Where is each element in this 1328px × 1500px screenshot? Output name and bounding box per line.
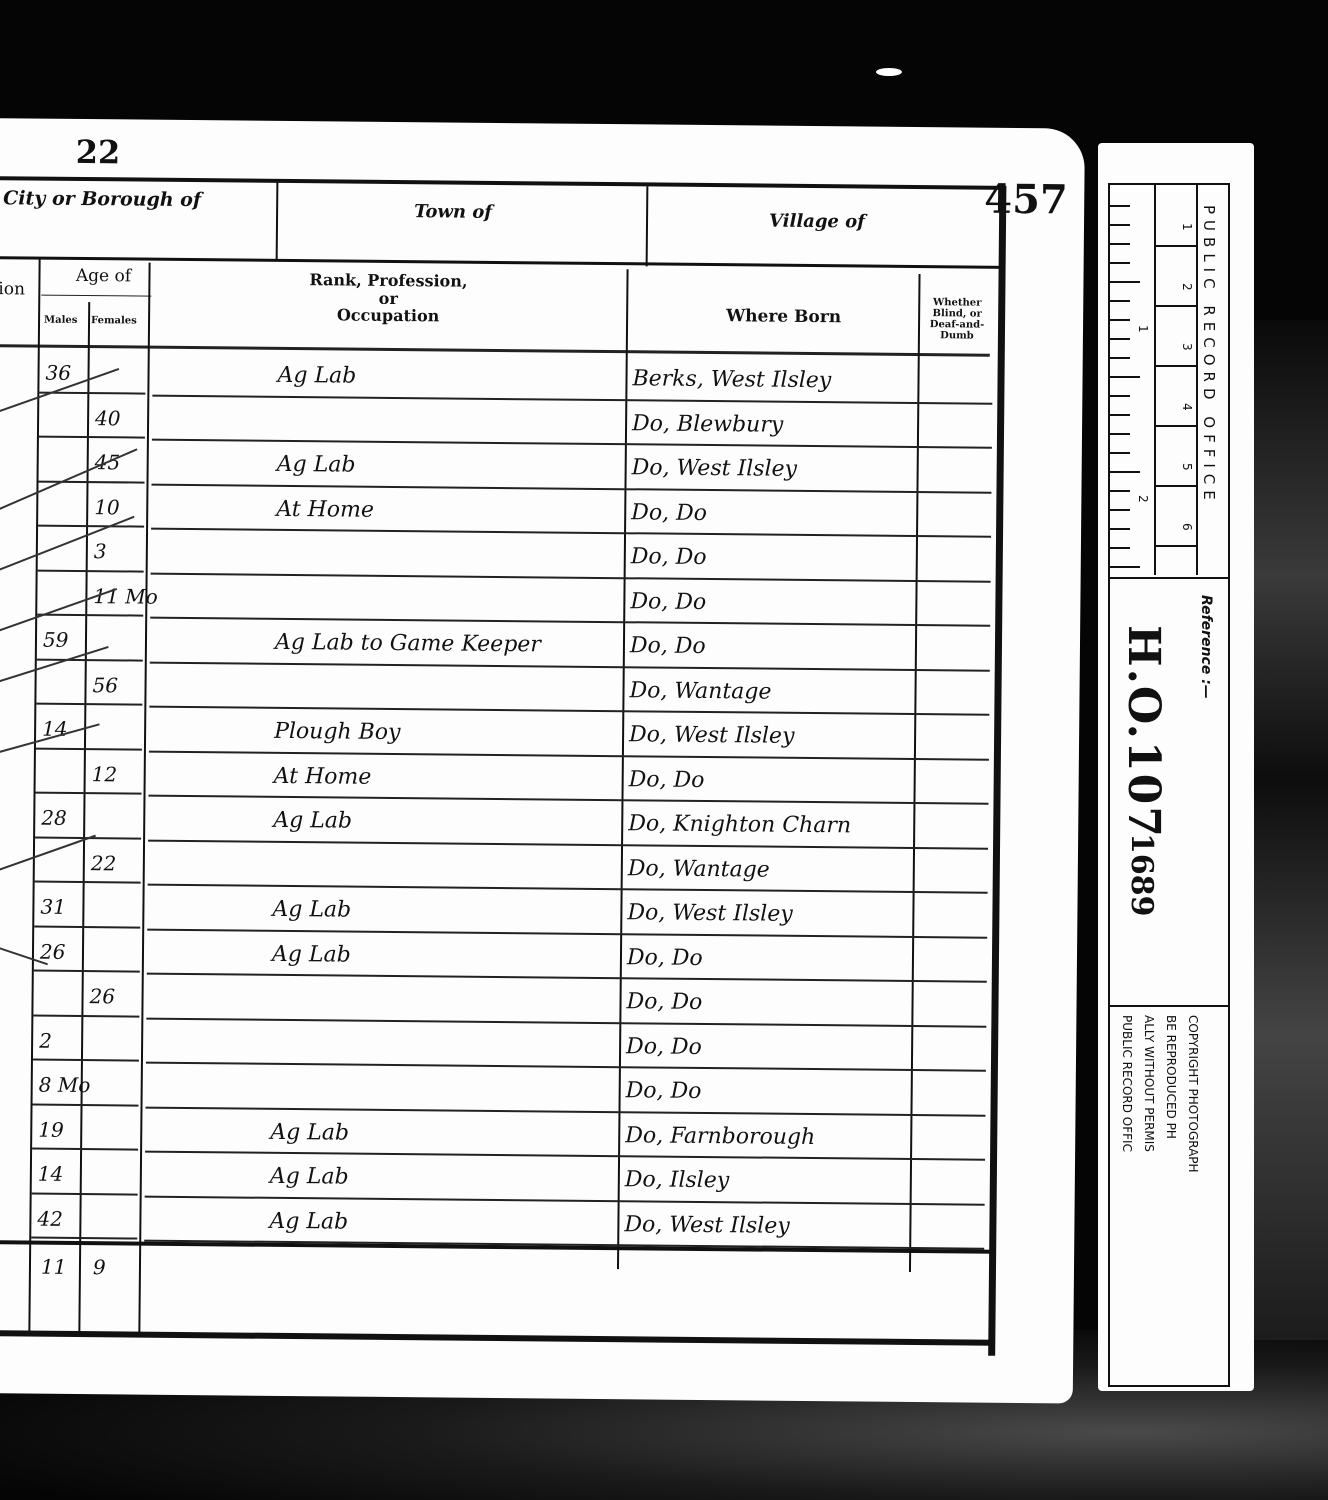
occupation: Ag Lab [272,941,351,967]
where-born: Do, Do [630,633,706,659]
male-age: 59 [43,628,69,652]
row-rule [148,839,988,849]
row-rule [146,1062,986,1072]
folio-number: 457 [984,176,1068,224]
male-age: 14 [38,1162,64,1186]
row-rule [152,394,992,404]
row-rule [145,1151,985,1161]
occupation: Ag Lab [269,1208,348,1234]
occupation: Ag Lab [270,1164,349,1190]
column-divider [617,269,629,1269]
males-header: Males [44,315,77,326]
row-rule [147,928,987,938]
reference-label: Reference :— [1198,595,1214,699]
where-born: Do, Wantage [629,678,771,704]
male-age: 36 [45,361,71,385]
row-rule [151,528,991,538]
divider [276,181,279,261]
row-rule [150,661,990,671]
city-or-borough-label: City or Borough of [3,188,201,211]
where-born: Do, Do [631,544,707,570]
where-born: Do, Do [626,1078,702,1104]
female-age: 26 [89,984,115,1008]
male-age: 2 [39,1028,52,1052]
divider [646,186,649,266]
row-rule [149,706,989,716]
where-born: Do, Do [629,767,705,793]
ruler-cm-label: 4 [1180,403,1194,411]
female-age: 11 Mo [93,584,158,609]
total-females: 9 [93,1255,106,1279]
page-frame-right [988,186,1006,1356]
where-born-header: Where Born [726,307,841,327]
total-males: 11 [41,1255,67,1279]
ruler-cm-label: 3 [1180,343,1194,351]
row-rule [151,483,991,493]
where-born: Do, Do [631,500,707,526]
ruler-inch-label: 1 [1136,325,1150,333]
row-rule [152,439,992,449]
light-glint [876,68,902,76]
where-born: Do, Do [626,1034,702,1060]
male-age: 8 Mo [39,1073,91,1097]
reference-prefix: H.O.107 [1118,625,1169,839]
male-age: 28 [41,806,67,830]
occupation: Ag Lab [277,363,356,389]
row-rule [147,973,987,983]
where-born: Do, Knighton Charn [628,811,851,838]
copyright-notice: COPYRIGHT PHOTOGRAPH BE REPRODUCED PH AL… [1116,1015,1204,1173]
where-born: Do, Do [626,989,702,1015]
row-rule [146,1017,986,1027]
female-age: 12 [92,762,118,786]
female-age: 22 [91,851,117,875]
census-page: 22 457 City or Borough of Town of Villag… [0,118,1085,1404]
page-number: 22 [75,133,120,171]
occupation: Ag Lab [272,897,351,923]
female-age: 10 [94,495,120,519]
male-age: 19 [38,1117,64,1141]
occupation: Ag Lab [270,1119,349,1145]
piece-number: 1689 [1124,833,1159,917]
ruler-cm-label: 6 [1180,523,1194,531]
where-born: Do, Wantage [628,856,770,882]
row-rule [149,750,989,760]
where-born: Do, West Ilsley [632,455,798,482]
row-rule [151,572,991,582]
female-age: 56 [92,673,118,697]
female-age: 40 [95,406,121,430]
where-born: Do, Do [627,945,703,971]
village-label: Village of [769,212,865,233]
male-age: 42 [37,1206,63,1230]
page-frame-bottom [0,1330,993,1346]
census-rows: 36Ag LabBerks, West Ilsley40Do, Blewbury… [0,118,1085,129]
ruler-inch-label: 2 [1136,495,1150,503]
occupation: At Home [276,496,374,522]
male-age: 31 [40,895,66,919]
column-divider [138,263,150,1335]
where-born: Do, Farnborough [625,1123,815,1150]
condition-column-header: ion [0,280,25,299]
occupation: Ag Lab to Game Keeper [275,630,541,658]
male-age: 26 [40,939,66,963]
age-of-header: Age of [58,267,148,287]
where-born: Do, Ilsley [625,1167,730,1193]
occupation: Ag Lab [273,808,352,834]
pencil-mark [0,835,96,880]
row-rule [145,1195,985,1205]
where-born: Do, West Ilsley [629,722,795,749]
where-born: Do, West Ilsley [624,1212,790,1239]
occupation-header: Rank, Profession, or Occupation [308,271,468,325]
row-rule [146,1106,986,1116]
occupation: At Home [274,763,372,789]
where-born: Do, Do [630,589,706,615]
row-rule [150,617,990,627]
background-texture [1253,320,1328,1340]
public-record-office-label: PUBLIC RECORD OFFICE [1200,205,1218,506]
blind-deaf-header: Whether Blind, or Deaf-and- Dumb [922,297,992,342]
where-born: Do, Blewbury [632,411,783,437]
column-divider [909,274,921,1272]
occupation: Plough Boy [274,719,401,745]
ruler-cm-label: 2 [1180,283,1194,291]
females-header: Females [91,315,137,326]
where-born: Berks, West Ilsley [632,366,831,393]
ruler-cm-label: 5 [1180,463,1194,471]
occupation: Ag Lab [277,452,356,478]
ruler-inches: 12 [1110,185,1156,575]
where-born: Do, West Ilsley [627,900,793,927]
female-age: 3 [94,539,107,563]
reference-strip: 12 123456 PUBLIC RECORD OFFICE H.O.107 R… [1098,143,1254,1391]
ruler-cm-label: 1 [1180,223,1194,231]
ruler-cm: 123456 [1154,185,1198,575]
row-rule [148,795,988,805]
column-divider [78,302,90,1332]
town-label: Town of [414,202,492,223]
row-rule [148,884,988,894]
